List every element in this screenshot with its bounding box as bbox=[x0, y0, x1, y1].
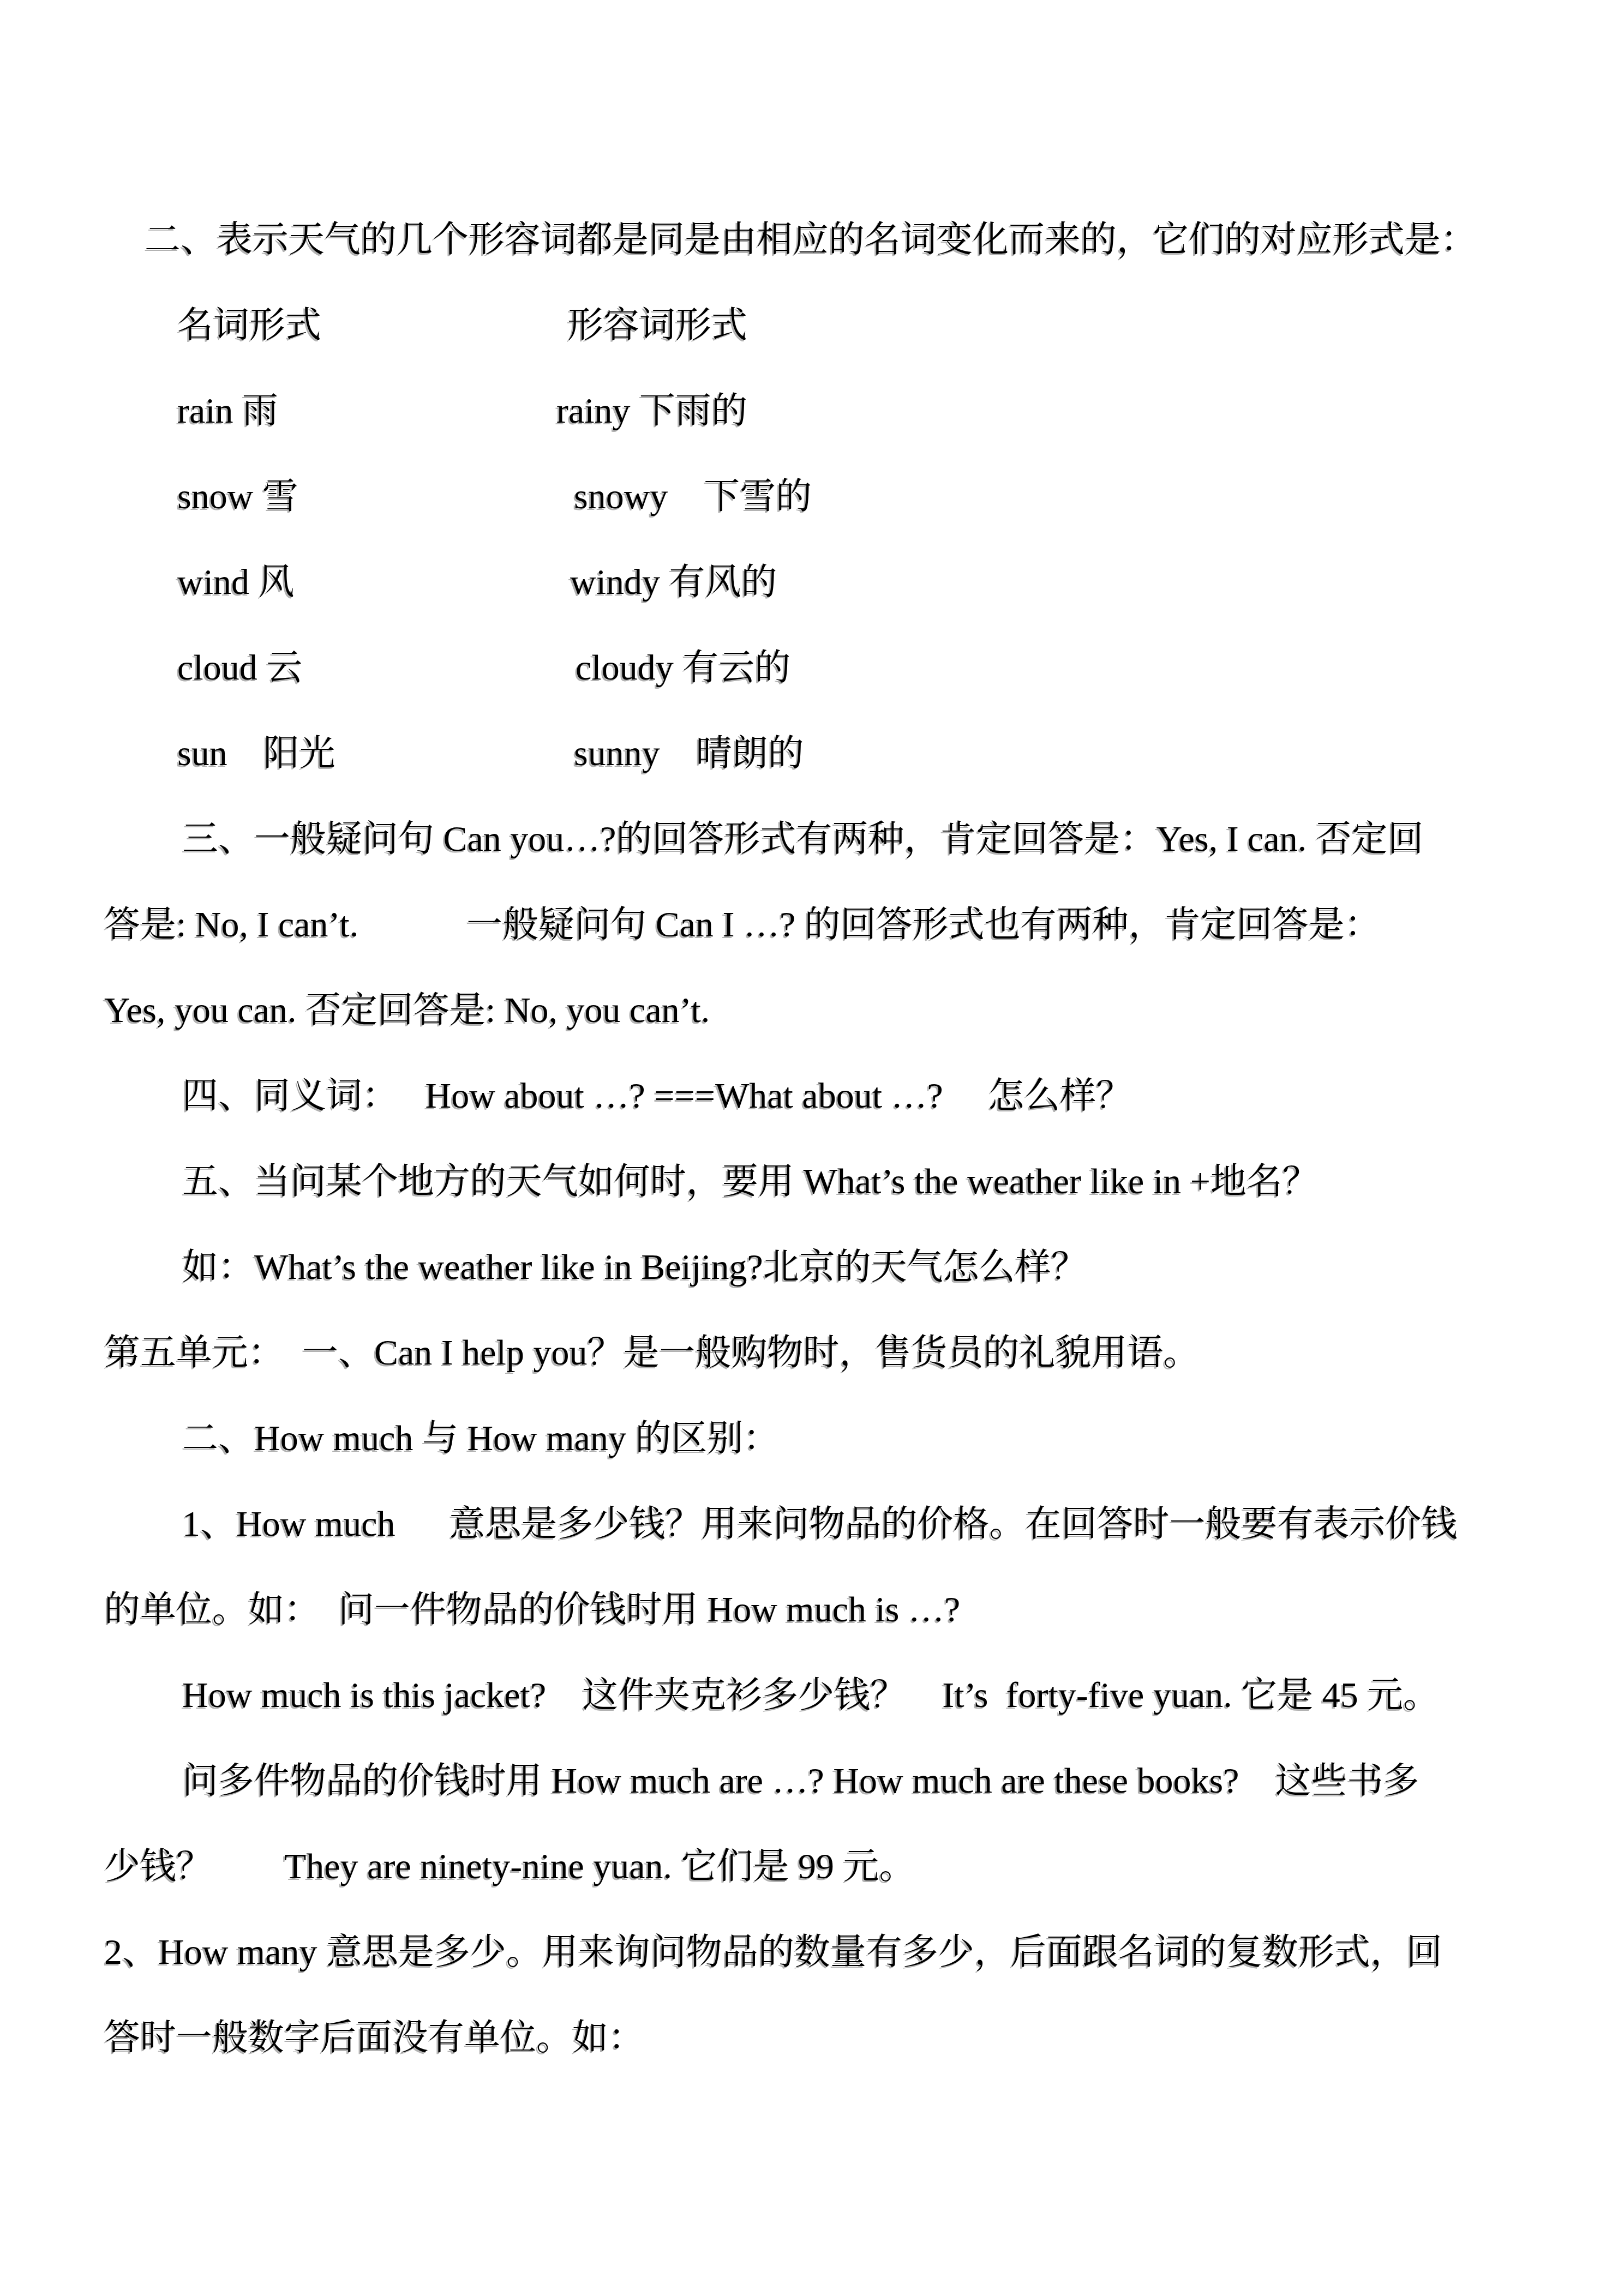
can-question-line-3: Yes, you can. 否定回答是: No, you can’t. bbox=[104, 989, 710, 1032]
vocab-row-snow: snow 雪 snowy 下雪的 bbox=[0, 475, 1624, 524]
unit5-heading: 第五单元： 一、Can I help you？是一般购物时，售货员的礼貌用语。 bbox=[104, 1331, 1199, 1375]
adjective-form-header: 形容词形式 bbox=[567, 304, 747, 347]
adjective-cell: windy 有风的 bbox=[570, 561, 777, 604]
adjective-cell: rainy 下雨的 bbox=[556, 389, 747, 433]
can-question-line-1: 三、一般疑问句 Can you…?的回答形式有两种，肯定回答是：Yes, I c… bbox=[182, 818, 1424, 861]
how-much-example-jacket: How much is this jacket? 这件夹克衫多少钱？ It’s … bbox=[182, 1674, 1439, 1717]
how-many-line-1: 2、How many 意思是多少。用来询问物品的数量有多少，后面跟名词的复数形式… bbox=[104, 1931, 1442, 1974]
how-much-line-2: 的单位。如： 问一件物品的价钱时用 How much is …? bbox=[104, 1588, 960, 1632]
adjective-cell: sunny 晴朗的 bbox=[574, 732, 804, 776]
unit5-compare-heading: 二、How much 与 How many 的区别： bbox=[182, 1417, 779, 1460]
how-much-example-books: 问多件物品的价钱时用 How much are …? How much are … bbox=[182, 1759, 1419, 1803]
noun-cell: sun 阳光 bbox=[177, 732, 335, 776]
noun-cell: snow 雪 bbox=[177, 475, 298, 519]
weather-section-intro: 二、表示天气的几个形容词都是同是由相应的名词变化而来的，它们的对应形式是： bbox=[145, 218, 1477, 262]
vocab-row-rain: rain 雨 rainy 下雨的 bbox=[0, 389, 1624, 438]
vocab-header-row: 名词形式 形容词形式 bbox=[0, 304, 1624, 353]
noun-cell: rain 雨 bbox=[177, 389, 278, 433]
vocab-row-wind: wind 风 windy 有风的 bbox=[0, 561, 1624, 610]
how-much-example-books-answer: 少钱？ They are ninety-nine yuan. 它们是 99 元。 bbox=[104, 1845, 915, 1889]
how-many-line-2: 答时一般数字后面没有单位。如： bbox=[104, 2016, 644, 2060]
noun-cell: cloud 云 bbox=[177, 646, 302, 690]
synonym-line: 四、同义词： How about …? ===What about …? 怎么样… bbox=[182, 1074, 1132, 1118]
document-page: 二、表示天气的几个形容词都是同是由相应的名词变化而来的，它们的对应形式是： 名词… bbox=[0, 0, 1624, 2296]
weather-question-example: 如：What’s the weather like in Beijing?北京的… bbox=[182, 1246, 1087, 1289]
vocab-row-cloud: cloud 云 cloudy 有云的 bbox=[0, 646, 1624, 695]
can-question-line-2: 答是: No, I can’t. 一般疑问句 Can I …? 的回答形式也有两… bbox=[104, 903, 1381, 947]
vocab-row-sun: sun 阳光 sunny 晴朗的 bbox=[0, 732, 1624, 781]
noun-form-header: 名词形式 bbox=[177, 304, 321, 347]
how-much-line-1: 1、How much 意思是多少钱？用来问物品的价格。在回答时一般要有表示价钱 bbox=[182, 1502, 1457, 1546]
adjective-cell: snowy 下雪的 bbox=[574, 475, 812, 519]
weather-question-line-1: 五、当问某个地方的天气如何时，要用 What’s the weather lik… bbox=[182, 1160, 1319, 1204]
adjective-cell: cloudy 有云的 bbox=[576, 646, 790, 690]
noun-cell: wind 风 bbox=[177, 561, 295, 604]
